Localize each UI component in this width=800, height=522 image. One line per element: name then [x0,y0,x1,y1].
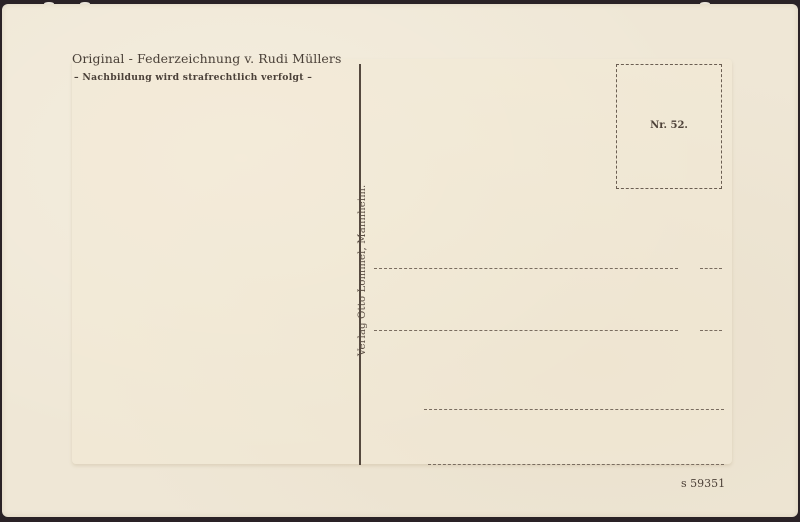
artwork-credit-title: Original - Federzeichnung v. Rudi Müller… [72,51,342,66]
address-line-2-end [700,330,722,331]
card-number: Nr. 52. [617,120,721,131]
address-line-1 [374,268,678,269]
serial-number: s 59351 [681,477,725,490]
scanned-postcard: Original - Federzeichnung v. Rudi Müller… [0,0,800,522]
address-line-2 [374,330,678,331]
address-line-3 [424,409,724,410]
copyright-notice: – Nachbildung wird strafrechtlich verfol… [74,72,312,83]
address-line-4 [428,464,724,465]
publisher-imprint: Verlag Otto Lommel, Mannheim. [357,185,368,356]
stamp-box: Nr. 52. [616,64,722,189]
address-line-1-end [700,268,722,269]
